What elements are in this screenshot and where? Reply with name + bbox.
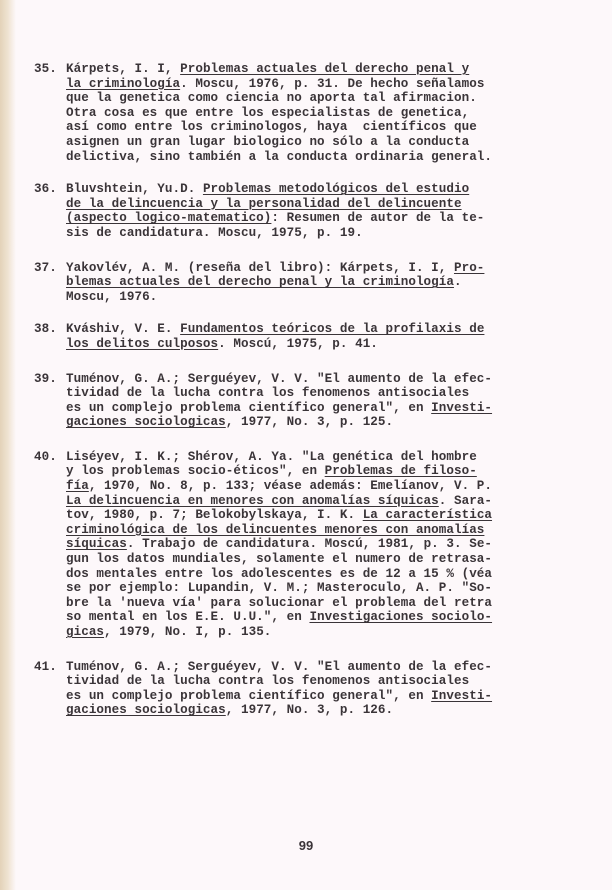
citation-text: . Sara-: [439, 494, 492, 508]
underlined-title: de la delincuencia y la personalidad del…: [66, 197, 462, 211]
underlined-title: Problemas metodológicos del estudio: [203, 182, 469, 196]
citation-text: tividad de la lucha contra los fenomenos…: [66, 386, 469, 400]
footnote-line: delictiva, sino también a la conducta or…: [66, 150, 594, 165]
underlined-title: síquicas: [66, 537, 127, 551]
underlined-title: Investi-: [431, 401, 492, 415]
citation-text: Kárpets, I. I,: [66, 62, 180, 76]
citation-text: . Moscu, 1976, p. 31. De hecho señalamos: [180, 77, 484, 91]
footnote-line: los delitos culposos. Moscú, 1975, p. 41…: [66, 337, 594, 352]
citation-text: dos mentales entre los adolescentes es d…: [66, 567, 492, 581]
underlined-title: La característica: [363, 508, 492, 522]
citation-text: asignen un gran lugar biologico no sólo …: [66, 135, 469, 149]
footnote-line: es un complejo problema científico gener…: [66, 401, 594, 416]
underlined-title: Investi-: [431, 689, 492, 703]
footnote-line: gicas, 1979, No. I, p. 135.: [66, 625, 594, 640]
footnote-line: criminológica de los delincuentes menore…: [66, 523, 594, 538]
underlined-title: gicas: [66, 625, 104, 639]
footnote-line: tividad de la lucha contra los fenomenos…: [66, 386, 594, 401]
footnote-entry: 35.Kárpets, I. I, Problemas actuales del…: [34, 62, 594, 164]
underlined-title: criminológica de los delincuentes menore…: [66, 523, 484, 537]
footnote-line: fía, 1970, No. 8, p. 133; véase además: …: [66, 479, 594, 494]
footnote-line: Liséyev, I. K.; Shérov, A. Ya. "La genét…: [66, 450, 594, 465]
footnote-entry: 38.Kváshiv, V. E. Fundamentos teóricos d…: [34, 322, 594, 351]
underlined-title: gaciones sociologicas: [66, 703, 226, 717]
citation-text: Kváshiv, V. E.: [66, 322, 180, 336]
citation-text: Liséyev, I. K.; Shérov, A. Ya. "La genét…: [66, 450, 477, 464]
page-binding-shadow: [0, 0, 16, 890]
footnote-number: 35.: [34, 62, 57, 77]
citation-text: y los problemas socio-éticos", en: [66, 464, 325, 478]
citation-text: , 1977, No. 3, p. 125.: [226, 415, 393, 429]
citation-text: tividad de la lucha contra los fenomenos…: [66, 674, 469, 688]
citation-text: es un complejo problema científico gener…: [66, 689, 431, 703]
citation-text: . Trabajo de candidatura. Moscú, 1981, p…: [127, 537, 492, 551]
footnote-line: sis de candidatura. Moscu, 1975, p. 19.: [66, 226, 594, 241]
citation-text: , 1977, No. 3, p. 126.: [226, 703, 393, 717]
footnote-line: que la genetica como ciencia no aporta t…: [66, 91, 594, 106]
footnote-line: Tuménov, G. A.; Serguéyev, V. V. "El aum…: [66, 372, 594, 387]
underlined-title: blemas actuales del derecho penal y la c…: [66, 275, 454, 289]
footnote-line: tov, 1980, p. 7; Belokobylskaya, I. K. L…: [66, 508, 594, 523]
page-number: 99: [0, 838, 612, 853]
underlined-title: la criminología: [66, 77, 180, 91]
citation-text: : Resumen de autor de la te-: [271, 211, 484, 225]
underlined-title: Investigaciones sociolo-: [309, 610, 492, 624]
footnote-line: síquicas. Trabajo de candidatura. Moscú,…: [66, 537, 594, 552]
citation-text: gun los datos mundiales, solamente el nu…: [66, 552, 492, 566]
footnote-line: así como entre los criminologos, haya ci…: [66, 120, 594, 135]
footnote-line: tividad de la lucha contra los fenomenos…: [66, 674, 594, 689]
underlined-title: los delitos culposos: [66, 337, 218, 351]
underlined-title: Pro-: [454, 261, 484, 275]
citation-text: es un complejo problema científico gener…: [66, 401, 431, 415]
citation-text: . Moscú, 1975, p. 41.: [218, 337, 378, 351]
footnote-number: 37.: [34, 261, 57, 276]
footnote-line: de la delincuencia y la personalidad del…: [66, 197, 594, 212]
citation-text: so mental en los E.E. U.U.", en: [66, 610, 309, 624]
citation-text: Moscu, 1976.: [66, 290, 157, 304]
footnote-line: gaciones sociologicas, 1977, No. 3, p. 1…: [66, 415, 594, 430]
underlined-title: (aspecto logico-matematico): [66, 211, 271, 225]
footnote-number: 41.: [34, 660, 57, 675]
footnote-entry: 41.Tuménov, G. A.; Serguéyev, V. V. "El …: [34, 660, 594, 718]
citation-text: Bluvshtein, Yu.D.: [66, 182, 203, 196]
citation-text: tov, 1980, p. 7; Belokobylskaya, I. K.: [66, 508, 363, 522]
footnote-line: Bluvshtein, Yu.D. Problemas metodológico…: [66, 182, 594, 197]
footnote-line: la criminología. Moscu, 1976, p. 31. De …: [66, 77, 594, 92]
underlined-title: fía: [66, 479, 89, 493]
underlined-title: gaciones sociologicas: [66, 415, 226, 429]
footnote-line: gaciones sociologicas, 1977, No. 3, p. 1…: [66, 703, 594, 718]
citation-text: Yakovlév, A. M. (reseña del libro): Kárp…: [66, 261, 454, 275]
citation-text: , 1979, No. I, p. 135.: [104, 625, 271, 639]
footnote-number: 38.: [34, 322, 57, 337]
footnote-line: Tuménov, G. A.; Serguéyev, V. V. "El aum…: [66, 660, 594, 675]
footnote-entry: 36.Bluvshtein, Yu.D. Problemas metodológ…: [34, 182, 594, 240]
citation-text: Tuménov, G. A.; Serguéyev, V. V. "El aum…: [66, 372, 492, 386]
footnote-line: Moscu, 1976.: [66, 290, 594, 305]
footnote-entry: 40.Liséyev, I. K.; Shérov, A. Ya. "La ge…: [34, 450, 594, 640]
footnote-line: y los problemas socio-éticos", en Proble…: [66, 464, 594, 479]
footnotes-list: 35.Kárpets, I. I, Problemas actuales del…: [34, 62, 594, 737]
citation-text: se por ejemplo: Lupandin, V. M.; Mastero…: [66, 581, 492, 595]
footnote-line: es un complejo problema científico gener…: [66, 689, 594, 704]
citation-text: sis de candidatura. Moscu, 1975, p. 19.: [66, 226, 363, 240]
citation-text: Tuménov, G. A.; Serguéyev, V. V. "El aum…: [66, 660, 492, 674]
footnote-line: (aspecto logico-matematico): Resumen de …: [66, 211, 594, 226]
footnote-line: Yakovlév, A. M. (reseña del libro): Kárp…: [66, 261, 594, 276]
citation-text: Otra cosa es que entre los especialistas…: [66, 106, 469, 120]
underlined-title: Fundamentos teóricos de la profilaxis de: [180, 322, 484, 336]
footnote-entry: 37.Yakovlév, A. M. (reseña del libro): K…: [34, 261, 594, 305]
citation-text: que la genetica como ciencia no aporta t…: [66, 91, 477, 105]
footnote-line: gun los datos mundiales, solamente el nu…: [66, 552, 594, 567]
footnote-line: La delincuencia en menores con anomalías…: [66, 494, 594, 509]
footnote-line: se por ejemplo: Lupandin, V. M.; Mastero…: [66, 581, 594, 596]
underlined-title: Problemas de filoso-: [325, 464, 477, 478]
citation-text: .: [454, 275, 462, 289]
footnote-line: bre la 'nueva vía' para solucionar el pr…: [66, 596, 594, 611]
underlined-title: La delincuencia en menores con anomalías…: [66, 494, 439, 508]
footnote-line: Otra cosa es que entre los especialistas…: [66, 106, 594, 121]
footnote-number: 36.: [34, 182, 57, 197]
footnote-entry: 39.Tuménov, G. A.; Serguéyev, V. V. "El …: [34, 372, 594, 430]
footnote-line: so mental en los E.E. U.U.", en Investig…: [66, 610, 594, 625]
footnote-line: dos mentales entre los adolescentes es d…: [66, 567, 594, 582]
citation-text: así como entre los criminologos, haya ci…: [66, 120, 477, 134]
citation-text: bre la 'nueva vía' para solucionar el pr…: [66, 596, 492, 610]
citation-text: , 1970, No. 8, p. 133; véase además: Eme…: [89, 479, 492, 493]
footnote-number: 39.: [34, 372, 57, 387]
citation-text: delictiva, sino también a la conducta or…: [66, 150, 492, 164]
footnote-line: Kváshiv, V. E. Fundamentos teóricos de l…: [66, 322, 594, 337]
footnote-line: Kárpets, I. I, Problemas actuales del de…: [66, 62, 594, 77]
footnote-line: blemas actuales del derecho penal y la c…: [66, 275, 594, 290]
footnote-number: 40.: [34, 450, 57, 465]
underlined-title: Problemas actuales del derecho penal y: [180, 62, 469, 76]
footnote-line: asignen un gran lugar biologico no sólo …: [66, 135, 594, 150]
